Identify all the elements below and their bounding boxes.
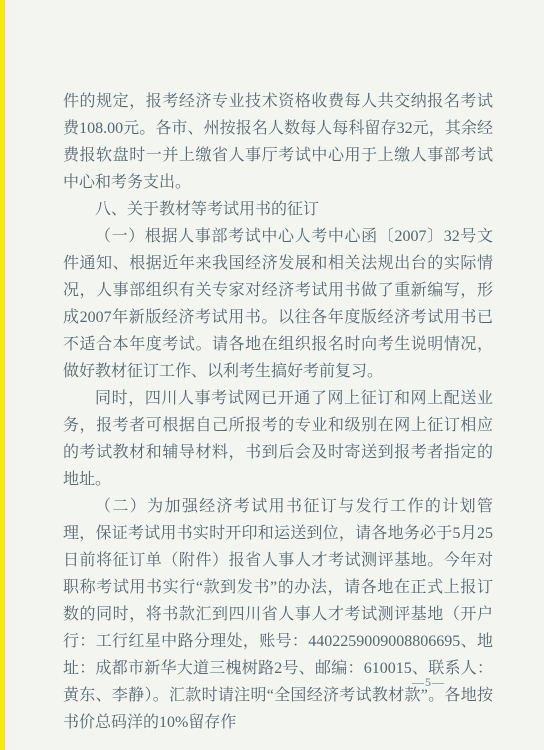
scanned-document-page: 件的规定，报考经济专业技术资格收费每人共交纳报名考试费108.00元。各市、州按… (0, 0, 544, 750)
paragraph-item-1: （一）根据人事部考试中心人考中心函〔2007〕32号文件通知、根据近年来我国经济… (63, 223, 493, 385)
paragraph-online-ordering: 同时，四川人事考试网已开通了网上征订和网上配送业务，报考者可根据自己所报考的专业… (63, 385, 493, 493)
scan-edge-tint (5, 0, 19, 750)
page-number: —5— (412, 675, 445, 690)
continuation-paragraph: 件的规定，报考经济专业技术资格收费每人共交纳报名考试费108.00元。各市、州按… (63, 88, 493, 196)
paragraph-item-2: （二）为加强经济考试用书征订与发行工作的计划管理，保证考试用书实时开印和运送到位… (63, 493, 493, 736)
section-heading: 八、关于教材等考试用书的征订 (63, 196, 493, 223)
document-body: 件的规定，报考经济专业技术资格收费每人共交纳报名考试费108.00元。各市、州按… (63, 88, 493, 736)
